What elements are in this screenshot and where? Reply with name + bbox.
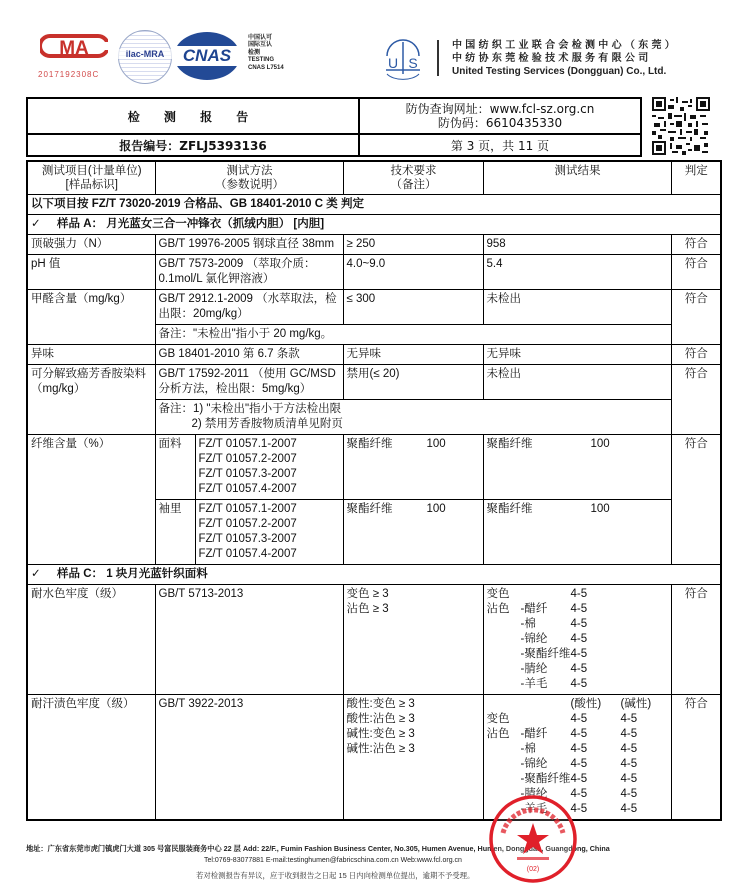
stain-value: 4-5: [571, 617, 621, 632]
table-header-row: 测试项目(计量单位) [样品标识] 测试方法 （参数说明） 技术要求 （备注） …: [27, 161, 721, 195]
test-item: 耐水色牢度（级）: [27, 585, 155, 695]
header-method-line: （参数说明）: [159, 178, 341, 192]
anti-fake-info: 防伪查询网址：www.fcl-sz.org.cn 防伪码：6610435330: [359, 98, 641, 134]
test-method: GB/T 19976-2005 钢球直径 38mm: [155, 235, 343, 255]
cnas-caption-line: 国际互认: [248, 42, 284, 49]
requirement-line: 碱性:沾色 ≥ 3: [347, 742, 481, 757]
fiber-name: 聚酯纤维: [487, 502, 591, 517]
test-verdict: 符合: [671, 290, 721, 345]
anti-fake-url: 防伪查询网址：www.fcl-sz.org.cn: [360, 102, 640, 116]
test-verdict: 符合: [671, 585, 721, 695]
table-row: 顶破强力（N） GB/T 19976-2005 钢球直径 38mm ≥ 250 …: [27, 235, 721, 255]
stain-value: 4-5: [571, 787, 621, 802]
test-method: GB/T 3922-2013: [155, 695, 343, 821]
stain-value: 4-5: [571, 677, 621, 692]
svg-text:MA: MA: [59, 38, 89, 59]
test-item: 甲醛含量（mg/kg）: [27, 290, 155, 345]
fiber-method: FZ/T 01057.2-2007: [199, 452, 341, 467]
test-requirement: 禁用(≤ 20): [343, 365, 483, 400]
test-result: (酸性)(碱性) 变色4-54-5 沾色-醋纤4-54-5 -棉4-54-5 -…: [483, 695, 671, 821]
result-value: 4-5: [571, 587, 621, 602]
stain-fiber: -棉: [521, 617, 571, 632]
test-method: GB/T 7573-2009 （萃取介质：0.1mol/L 氯化钾溶液）: [155, 255, 343, 290]
svg-text:S: S: [408, 55, 417, 71]
fiber-value: 100: [591, 503, 610, 515]
table-row: 异味 GB 18401-2010 第 6.7 条款 无异味 无异味 符合: [27, 345, 721, 365]
header-result: 测试结果: [483, 161, 671, 195]
test-verdict: 符合: [671, 345, 721, 365]
fiber-method: FZ/T 01057.3-2007: [199, 467, 341, 482]
anti-fake-code: 防伪码：6610435330: [360, 116, 640, 130]
test-item: 可分解致癌芳香胺染料（mg/kg）: [27, 365, 155, 435]
ilac-mra-label: ilac-MRA: [118, 49, 172, 59]
stain-fiber: -聚酯纤维: [521, 772, 571, 787]
fiber-method: FZ/T 01057.1-2007: [199, 437, 341, 452]
test-result: 5.4: [483, 255, 671, 290]
result-label: 沾色: [487, 602, 521, 617]
fiber-methods: FZ/T 01057.1-2007 FZ/T 01057.2-2007 FZ/T…: [195, 435, 343, 500]
test-requirement: 4.0~9.0: [343, 255, 483, 290]
sample-a-heading: ✓样品 A： 月光蓝女三合一冲锋衣（抓绒内胆） [内胆]: [27, 215, 721, 235]
report-title: 检 测 报 告: [27, 98, 359, 134]
check-icon: ✓: [31, 217, 57, 232]
stain-value: 4-5: [621, 802, 661, 817]
report-info-table: 检 测 报 告 防伪查询网址：www.fcl-sz.org.cn 防伪码：661…: [26, 97, 642, 157]
header-item-line: 测试项目(计量单位): [31, 164, 153, 178]
fiber-requirement: 聚酯纤维100: [343, 435, 483, 500]
standard-line: 以下项目按 FZ/T 73020-2019 合格品、GB 18401-2010 …: [27, 195, 721, 215]
header-requirement: 技术要求 （备注）: [343, 161, 483, 195]
sample-a-label: 样品 A： 月光蓝女三合一冲锋衣（抓绒内胆） [内胆]: [57, 218, 324, 230]
result-value: 4-5: [621, 712, 661, 727]
stain-fiber: -醋纤: [521, 727, 571, 742]
fiber-method: FZ/T 01057.1-2007: [199, 502, 341, 517]
stain-value: 4-5: [621, 787, 661, 802]
table-row: 耐水色牢度（级） GB/T 5713-2013 变色 ≥ 3 沾色 ≥ 3 变色…: [27, 585, 721, 695]
check-icon: ✓: [31, 567, 57, 582]
result-label: 沾色: [487, 727, 521, 742]
requirement-line: 酸性:变色 ≥ 3: [347, 697, 481, 712]
cnas-label: CNAS: [174, 46, 240, 66]
sample-c-row: ✓样品 C： 1 块月光蓝针织面料: [27, 565, 721, 585]
header-verdict: 判定: [671, 161, 721, 195]
requirement-line: 变色 ≥ 3: [347, 587, 481, 602]
test-requirement: 无异味: [343, 345, 483, 365]
test-result: 无异味: [483, 345, 671, 365]
test-requirement: ≥ 250: [343, 235, 483, 255]
fiber-requirement: 聚酯纤维100: [343, 500, 483, 565]
stain-value: 4-5: [571, 647, 621, 662]
svg-text:U: U: [388, 55, 398, 71]
test-result: 未检出: [483, 290, 671, 325]
cnas-caption: 中国认可 国际互认 检测 TESTING CNAS L7514: [248, 35, 284, 72]
report-letterhead: MA 2017192308C ilac-MRA CNAS 中国认可 国际互认 检…: [0, 0, 750, 90]
fiber-method: FZ/T 01057.4-2007: [199, 482, 341, 497]
uts-company-name: 中国纺织工业联合会检测中心（东莞） 中纺协东莞检验技术服务有限公司 United…: [452, 39, 678, 78]
test-result: 未检出: [483, 365, 671, 400]
stain-fiber: -锦纶: [521, 757, 571, 772]
result-col-acid: (酸性): [571, 697, 621, 712]
test-method: GB/T 5713-2013: [155, 585, 343, 695]
test-item: 顶破强力（N）: [27, 235, 155, 255]
stain-value: 4-5: [571, 772, 621, 787]
fiber-result: 聚酯纤维100: [483, 500, 671, 565]
fiber-result: 聚酯纤维100: [483, 435, 671, 500]
table-row: 甲醛含量（mg/kg） GB/T 2912.1-2009 （水萃取法，检出限：2…: [27, 290, 721, 325]
company-name-en: United Testing Services (Dongguan) Co., …: [452, 65, 678, 78]
result-col-alkali: (碱性): [621, 697, 661, 712]
svg-text:(02): (02): [527, 866, 539, 873]
result-value: 4-5: [571, 712, 621, 727]
table-row: 耐汗渍色牢度（级） GB/T 3922-2013 酸性:变色 ≥ 3 酸性:沾色…: [27, 695, 721, 821]
cma-code: 2017192308C: [38, 70, 99, 79]
sample-c-heading: ✓样品 C： 1 块月光蓝针织面料: [27, 565, 721, 585]
fiber-name: 聚酯纤维: [347, 502, 427, 517]
test-item: 纤维含量（%）: [27, 435, 155, 565]
fiber-methods: FZ/T 01057.1-2007 FZ/T 01057.2-2007 FZ/T…: [195, 500, 343, 565]
test-results-table: 测试项目(计量单位) [样品标识] 测试方法 （参数说明） 技术要求 （备注） …: [26, 160, 722, 821]
test-method: GB/T 17592-2011 （使用 GC/MSD 分析方法，检出限：5mg/…: [155, 365, 343, 400]
fiber-part: 袖里: [155, 500, 195, 565]
qr-code-icon[interactable]: [652, 97, 710, 155]
fiber-method: FZ/T 01057.4-2007: [199, 547, 341, 562]
table-row: 可分解致癌芳香胺染料（mg/kg） GB/T 17592-2011 （使用 GC…: [27, 365, 721, 400]
cma-logo-icon: MA: [40, 32, 108, 60]
header-method: 测试方法 （参数说明）: [155, 161, 343, 195]
stain-value: 4-5: [571, 802, 621, 817]
requirement-line: 沾色 ≥ 3: [347, 602, 481, 617]
table-row: pH 值 GB/T 7573-2009 （萃取介质：0.1mol/L 氯化钾溶液…: [27, 255, 721, 290]
stain-value: 4-5: [571, 757, 621, 772]
test-requirement: 酸性:变色 ≥ 3 酸性:沾色 ≥ 3 碱性:变色 ≥ 3 碱性:沾色 ≥ 3: [343, 695, 483, 821]
fiber-part: 面料: [155, 435, 195, 500]
report-number: 报告编号：ZFLJ5393136: [27, 134, 359, 156]
test-verdict: 符合: [671, 255, 721, 290]
footer-address: 地址：广东省东莞市虎门镇虎门大道 305 号富民服装商务中心 22 层 Add:…: [26, 844, 610, 854]
test-item: 耐汗渍色牢度（级）: [27, 695, 155, 821]
standard-row: 以下项目按 FZ/T 73020-2019 合格品、GB 18401-2010 …: [27, 195, 721, 215]
test-note: 备注："未检出"指小于 20 mg/kg。: [155, 325, 671, 345]
header-item-line: [样品标识]: [31, 178, 153, 192]
sample-c-label: 样品 C： 1 块月光蓝针织面料: [57, 568, 208, 580]
footer-contact: Tel:0769-83077881 E-mail:testinghumen@fa…: [204, 857, 462, 864]
fiber-name: 聚酯纤维: [347, 437, 427, 452]
footer-notice: 若对检测报告有异议，应于收到报告之日起 15 日内向检测单位提出，逾期不予受理。: [196, 870, 474, 881]
requirement-line: 碱性:变色 ≥ 3: [347, 727, 481, 742]
test-verdict: 符合: [671, 235, 721, 255]
test-method: GB 18401-2010 第 6.7 条款: [155, 345, 343, 365]
stain-value: 4-5: [571, 632, 621, 647]
test-note: 备注：1) "未检出"指小于方法检出限 2) 禁用芳香胺物质清单见附页: [155, 400, 671, 435]
fiber-value: 100: [591, 438, 610, 450]
stain-fiber: -醋纤: [521, 602, 571, 617]
test-verdict: 符合: [671, 695, 721, 821]
fiber-method: FZ/T 01057.3-2007: [199, 532, 341, 547]
uts-logo-icon: U S: [381, 38, 425, 82]
stain-value: 4-5: [571, 602, 621, 617]
result-label: 变色: [487, 587, 521, 602]
header-method-line: 测试方法: [159, 164, 341, 178]
uts-divider: [437, 40, 439, 76]
test-item: pH 值: [27, 255, 155, 290]
test-item: 异味: [27, 345, 155, 365]
stain-fiber: -羊毛: [521, 677, 571, 692]
test-requirement: ≤ 300: [343, 290, 483, 325]
fiber-name: 聚酯纤维: [487, 437, 591, 452]
stain-fiber: -锦纶: [521, 632, 571, 647]
stain-fiber: -棉: [521, 742, 571, 757]
stain-value: 4-5: [571, 662, 621, 677]
test-note-line: 2) 禁用芳香胺物质清单见附页: [159, 417, 669, 432]
table-row: 纤维含量（%） 面料 FZ/T 01057.1-2007 FZ/T 01057.…: [27, 435, 721, 500]
requirement-line: 酸性:沾色 ≥ 3: [347, 712, 481, 727]
test-note-line: 备注：1) "未检出"指小于方法检出限: [159, 402, 669, 417]
fiber-value: 100: [427, 438, 446, 450]
header-requirement-line: （备注）: [347, 178, 481, 192]
fiber-method: FZ/T 01057.2-2007: [199, 517, 341, 532]
test-result: 变色4-5 沾色-醋纤4-5 -棉4-5 -锦纶4-5 -聚酯纤维4-5 -腈纶…: [483, 585, 671, 695]
test-result: 958: [483, 235, 671, 255]
cnas-caption-line: TESTING: [248, 57, 284, 64]
stain-fiber: -腈纶: [521, 787, 571, 802]
stain-value: 4-5: [621, 742, 661, 757]
test-verdict: 符合: [671, 435, 721, 565]
page-indicator: 第 3 页，共 11 页: [359, 134, 641, 156]
cnas-caption-line: 检测: [248, 50, 284, 57]
header-requirement-line: 技术要求: [347, 164, 481, 178]
company-name-cn-1: 中国纺织工业联合会检测中心（东莞）: [452, 39, 678, 52]
stain-value: 4-5: [571, 742, 621, 757]
stain-value: 4-5: [621, 757, 661, 772]
sample-a-row: ✓样品 A： 月光蓝女三合一冲锋衣（抓绒内胆） [内胆]: [27, 215, 721, 235]
fiber-value: 100: [427, 503, 446, 515]
company-name-cn-2: 中纺协东莞检验技术服务有限公司: [452, 52, 678, 65]
stain-value: 4-5: [571, 727, 621, 742]
test-method: GB/T 2912.1-2009 （水萃取法，检出限：20mg/kg）: [155, 290, 343, 325]
test-requirement: 变色 ≥ 3 沾色 ≥ 3: [343, 585, 483, 695]
stain-value: 4-5: [621, 727, 661, 742]
test-verdict: 符合: [671, 365, 721, 435]
cnas-caption-line: CNAS L7514: [248, 65, 284, 72]
stain-fiber: -聚酯纤维: [521, 647, 571, 662]
stain-fiber: -羊毛: [521, 802, 571, 817]
stain-fiber: -腈纶: [521, 662, 571, 677]
header-item: 测试项目(计量单位) [样品标识]: [27, 161, 155, 195]
result-label: 变色: [487, 712, 521, 727]
stain-value: 4-5: [621, 772, 661, 787]
